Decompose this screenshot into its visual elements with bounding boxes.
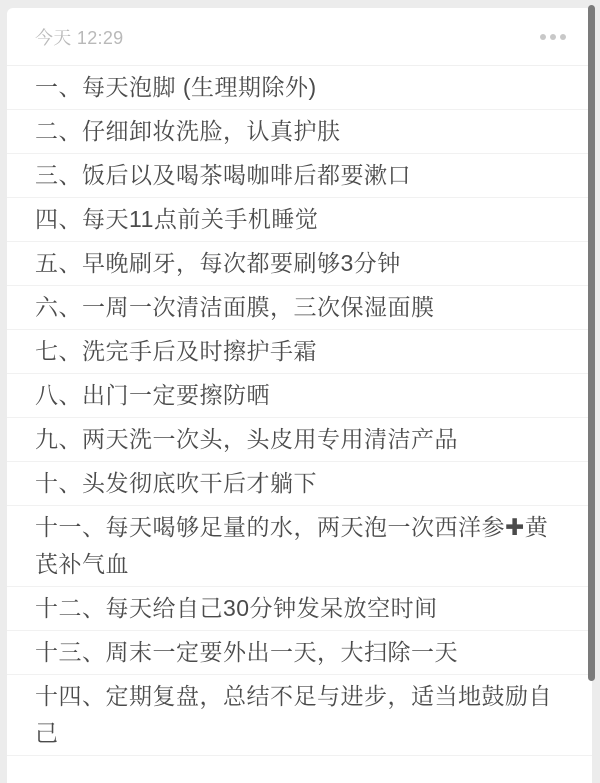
checklist: 一、每天泡脚 (生理期除外) 二、仔细卸妆洗脸，认真护肤 三、饭后以及喝茶喝咖啡… [7, 66, 592, 756]
ellipsis-icon [540, 34, 546, 40]
list-item: 一、每天泡脚 (生理期除外) [7, 66, 592, 110]
scrollbar-thumb[interactable] [588, 5, 595, 681]
list-item: 十二、每天给自己30分钟发呆放空时间 [7, 587, 592, 631]
ellipsis-icon [550, 34, 556, 40]
list-item: 十三、周末一定要外出一天，大扫除一天 [7, 631, 592, 675]
list-item: 二、仔细卸妆洗脸，认真护肤 [7, 110, 592, 154]
list-item: 十四、定期复盘，总结不足与进步，适当地鼓励自己 [7, 675, 592, 756]
list-item: 十、头发彻底吹干后才躺下 [7, 462, 592, 506]
list-item: 十一、每天喝够足量的水，两天泡一次西洋参✚黄芪补气血 [7, 506, 592, 587]
ellipsis-icon [560, 34, 566, 40]
list-item: 七、洗完手后及时擦护手霜 [7, 330, 592, 374]
list-item: 六、一周一次清洁面膜，三次保湿面膜 [7, 286, 592, 330]
list-item: 四、每天11点前关手机睡觉 [7, 198, 592, 242]
more-options-button[interactable] [538, 28, 568, 46]
note-card: 今天 12:29 一、每天泡脚 (生理期除外) 二、仔细卸妆洗脸，认真护肤 三、… [7, 8, 592, 783]
list-item: 八、出门一定要擦防晒 [7, 374, 592, 418]
list-item: 三、饭后以及喝茶喝咖啡后都要漱口 [7, 154, 592, 198]
timestamp: 今天 12:29 [35, 24, 123, 50]
list-item: 九、两天洗一次头，头皮用专用清洁产品 [7, 418, 592, 462]
note-header: 今天 12:29 [7, 8, 592, 66]
list-item: 五、早晚刷牙，每次都要刷够3分钟 [7, 242, 592, 286]
